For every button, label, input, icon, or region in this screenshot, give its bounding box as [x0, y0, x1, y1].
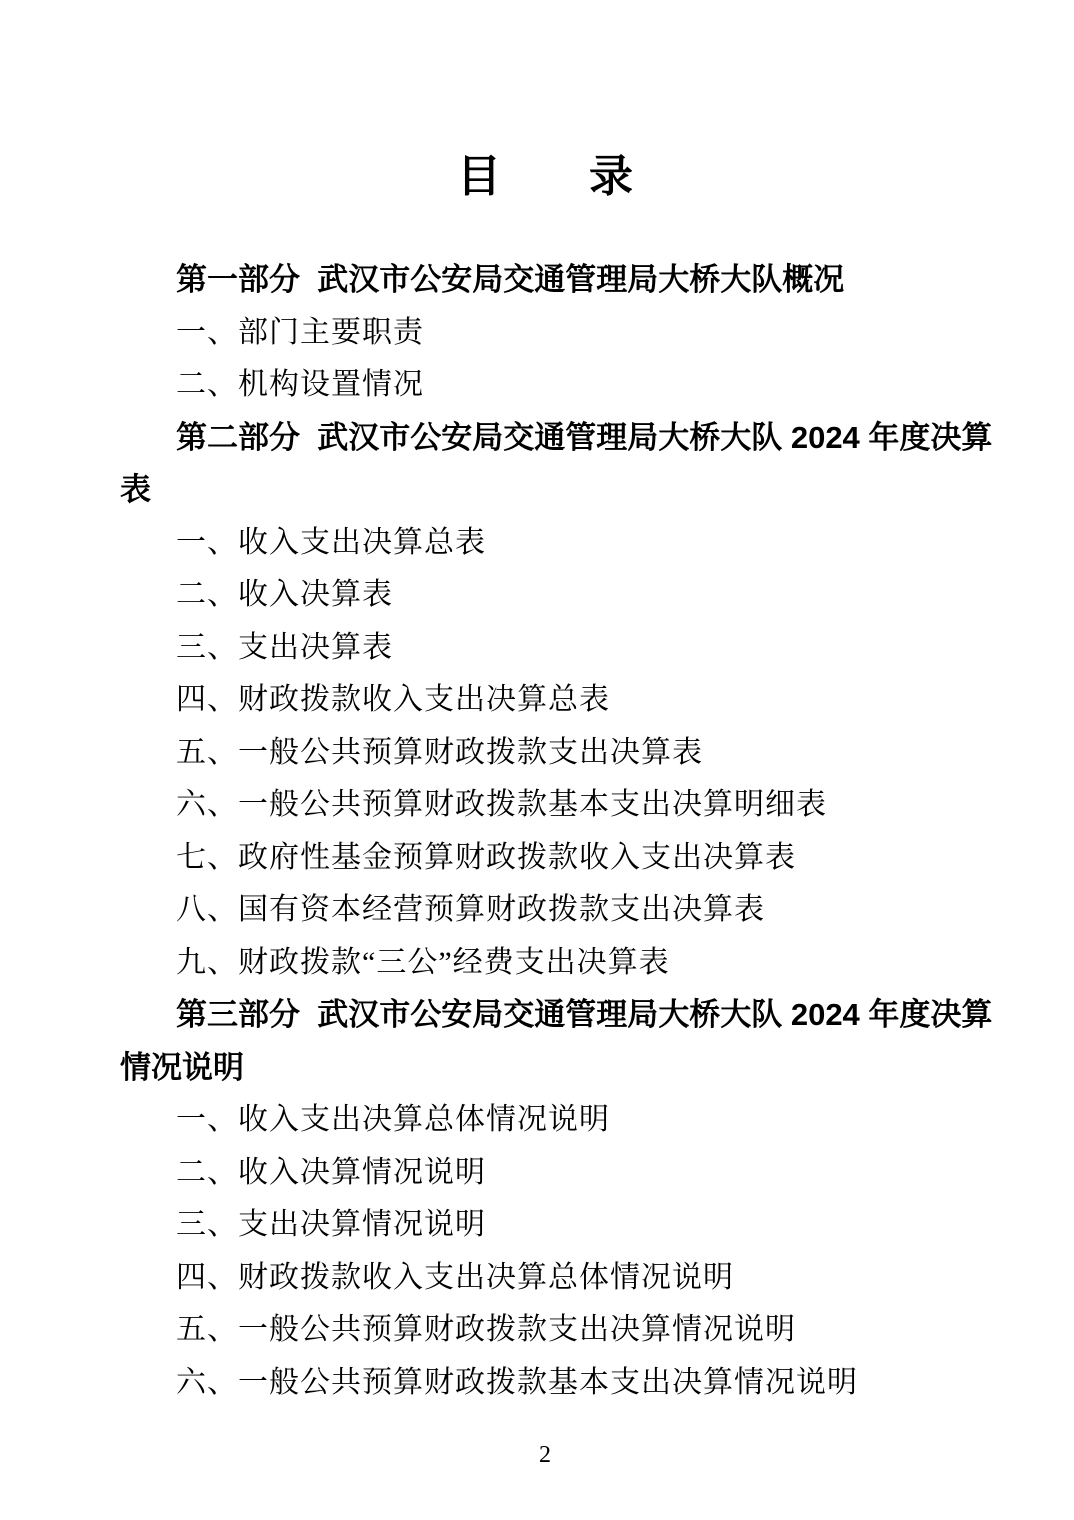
toc-item: 六、一般公共预算财政拨款基本支出决算情况说明 [120, 1357, 970, 1410]
part1-heading: 第一部分 武汉市公安局交通管理局大桥大队概况 [120, 254, 970, 307]
toc-item: 八、国有资本经营预算财政拨款支出决算表 [120, 884, 970, 937]
toc-item: 一、部门主要职责 [120, 307, 970, 360]
part3-heading-line2: 情况说明 [120, 1042, 970, 1095]
toc-item: 五、一般公共预算财政拨款支出决算表 [120, 727, 970, 780]
table-of-contents: 第一部分 武汉市公安局交通管理局大桥大队概况 一、部门主要职责 二、机构设置情况… [120, 254, 970, 1409]
toc-title: 目 录 [120, 149, 970, 205]
toc-item: 五、一般公共预算财政拨款支出决算情况说明 [120, 1304, 970, 1357]
part2-heading-line2: 表 [120, 464, 970, 517]
page-number: 2 [120, 1440, 970, 1470]
toc-item: 二、机构设置情况 [120, 359, 970, 412]
page-content: 目 录 第一部分 武汉市公安局交通管理局大桥大队概况 一、部门主要职责 二、机构… [120, 149, 970, 1470]
part3-heading-line1: 第三部分 武汉市公安局交通管理局大桥大队 2024 年度决算 [120, 989, 970, 1042]
toc-item: 四、财政拨款收入支出决算总体情况说明 [120, 1252, 970, 1305]
toc-item: 一、收入支出决算总表 [120, 517, 970, 570]
toc-item: 二、收入决算表 [120, 569, 970, 622]
toc-item: 九、财政拨款“三公”经费支出决算表 [120, 937, 970, 990]
toc-item: 七、政府性基金预算财政拨款收入支出决算表 [120, 832, 970, 885]
toc-item: 三、支出决算表 [120, 622, 970, 675]
toc-item: 六、一般公共预算财政拨款基本支出决算明细表 [120, 779, 970, 832]
toc-item: 四、财政拨款收入支出决算总表 [120, 674, 970, 727]
toc-item: 二、收入决算情况说明 [120, 1147, 970, 1200]
toc-item: 三、支出决算情况说明 [120, 1199, 970, 1252]
toc-item: 一、收入支出决算总体情况说明 [120, 1094, 970, 1147]
document-page: { "page": { "title": "目 录", "page_number… [0, 0, 1074, 1520]
part2-heading-line1: 第二部分 武汉市公安局交通管理局大桥大队 2024 年度决算 [120, 412, 970, 465]
